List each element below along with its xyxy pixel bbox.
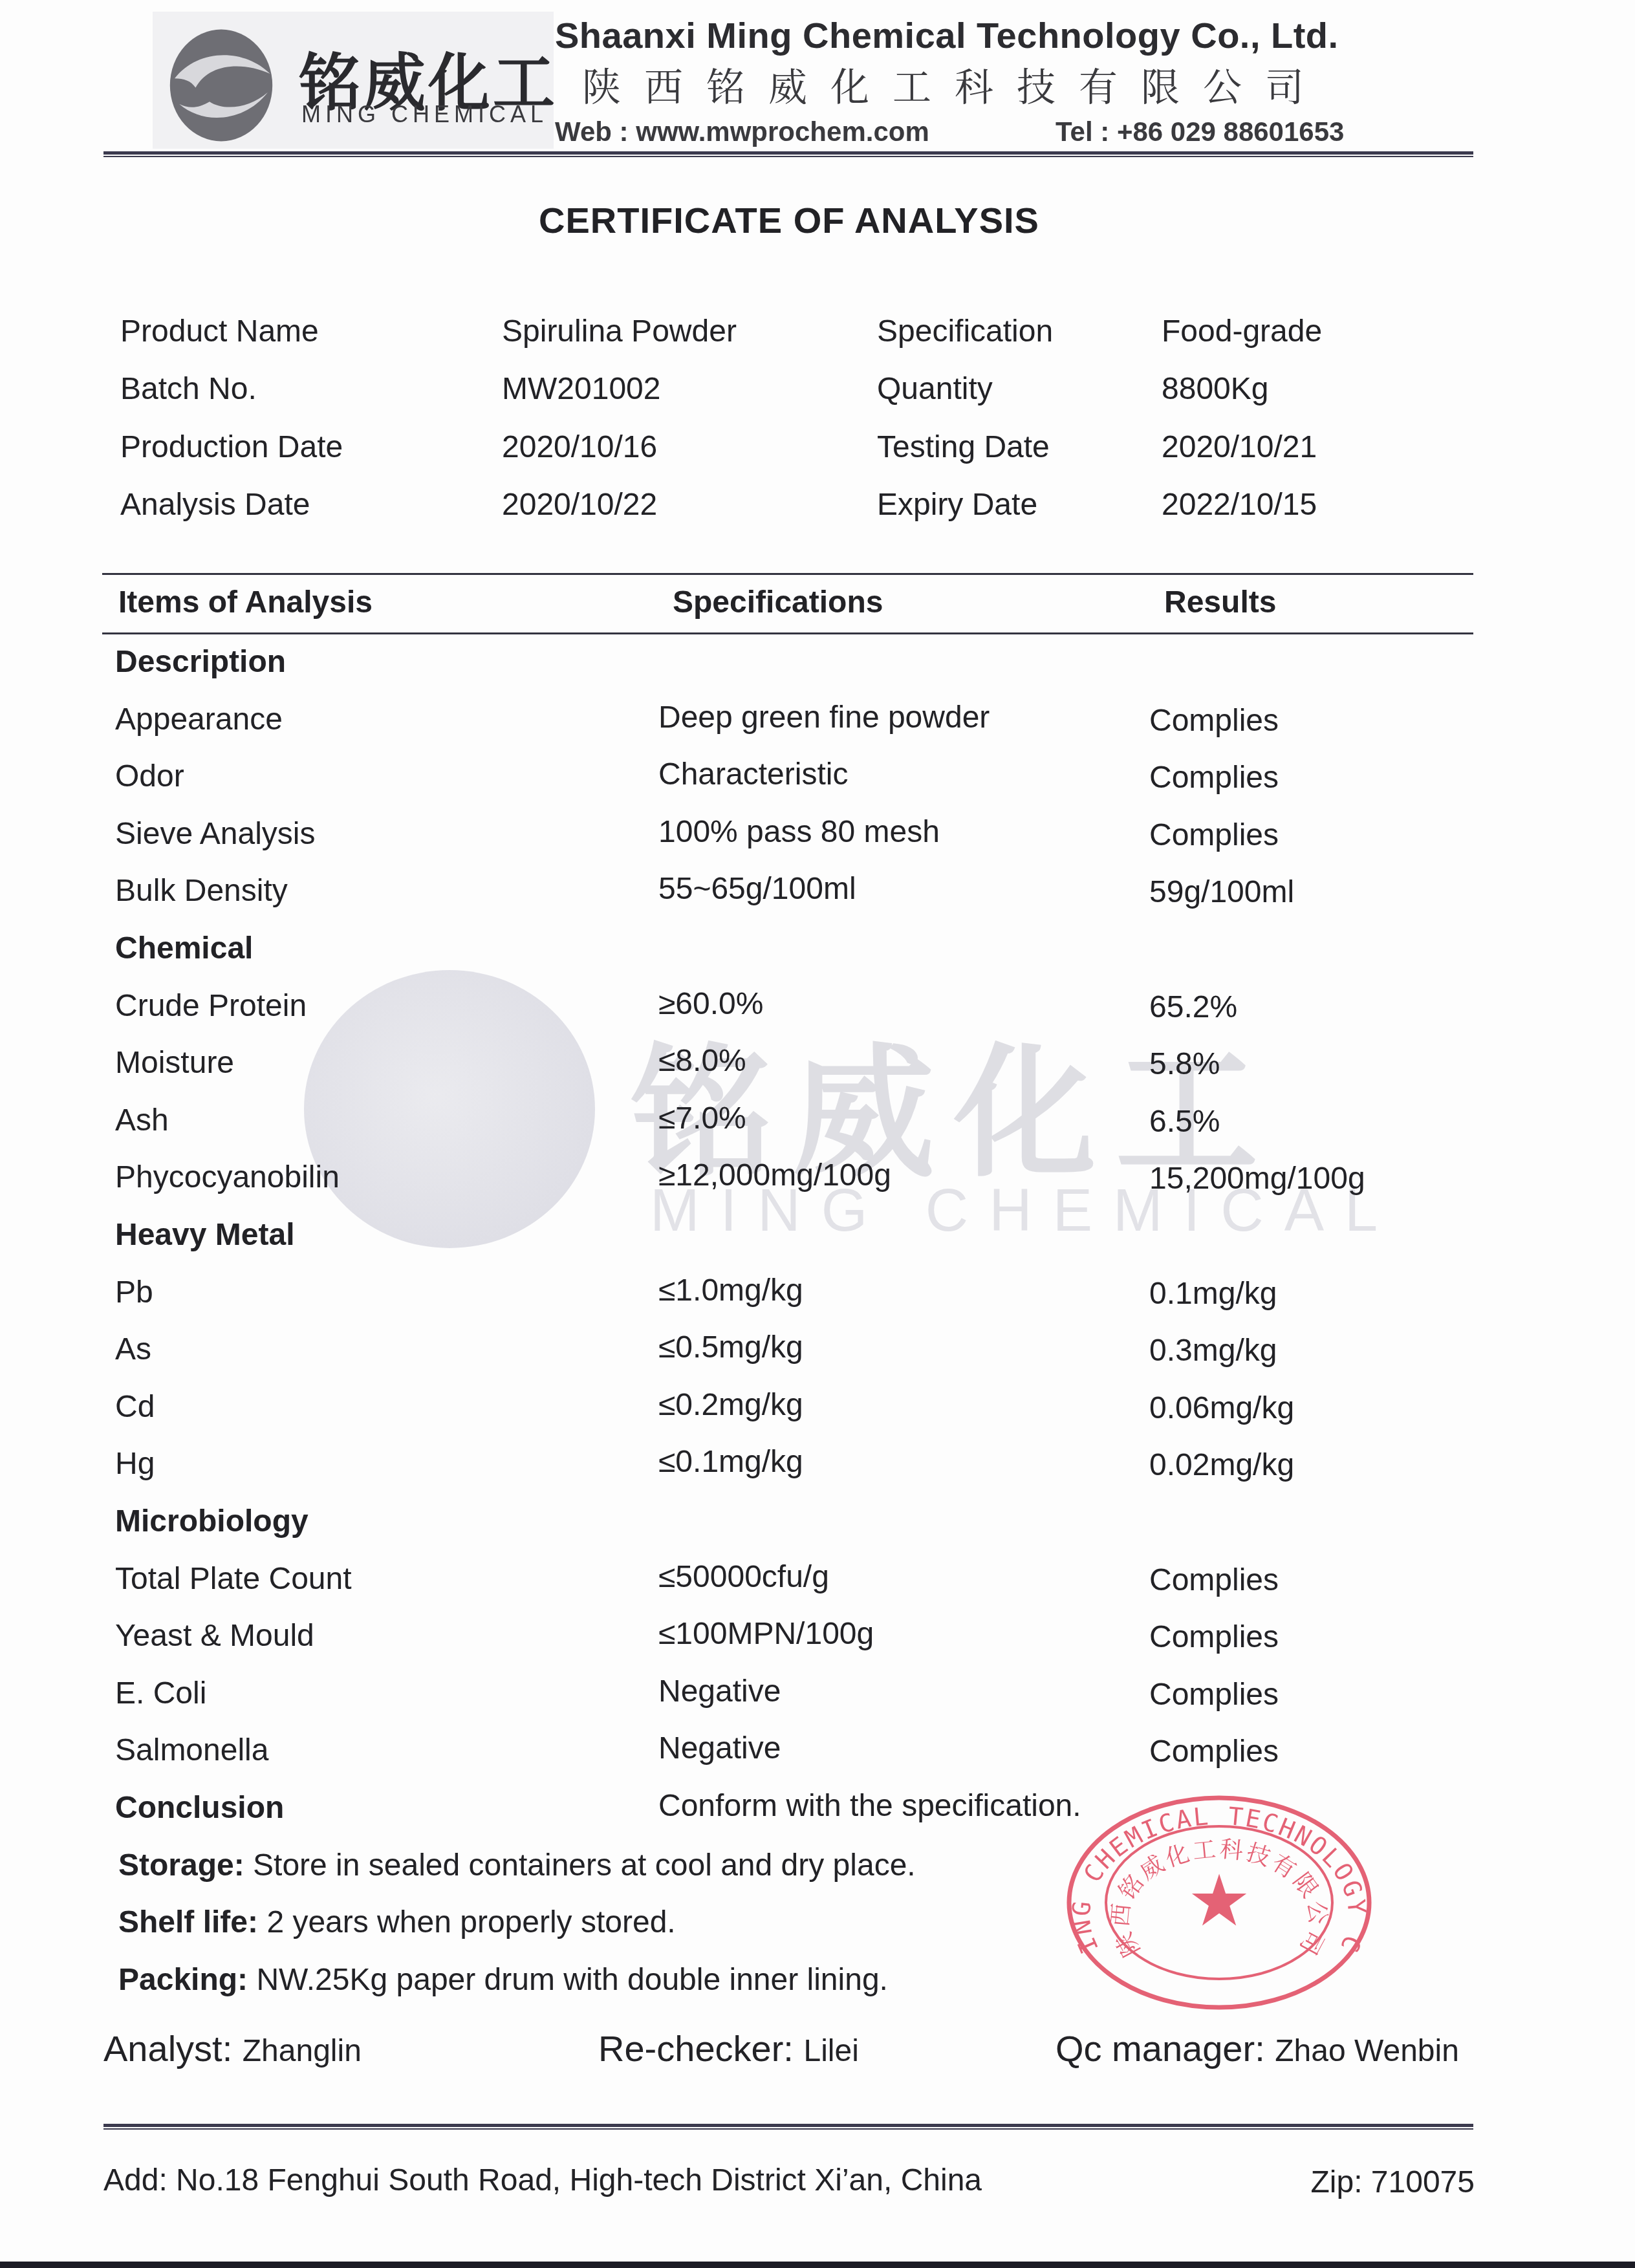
section-heading: Chemical (115, 931, 253, 966)
note-line: Packing: NW.25Kg paper drum with double … (118, 1962, 888, 1998)
table-row-spec: ≤100MPN/100g (658, 1616, 874, 1652)
table-row-spec: 100% pass 80 mesh (658, 814, 940, 850)
info-value: 8800Kg (1162, 371, 1269, 407)
header-divider (103, 151, 1473, 157)
note-label: Storage: (118, 1848, 244, 1883)
star-icon: ★ (1187, 1861, 1251, 1941)
signature-qc-manager: Qc manager: Zhao Wenbin (1056, 2027, 1459, 2069)
note-label: Shelf life: (118, 1905, 258, 1939)
table-row-item: Moisture (115, 1045, 234, 1081)
zip-code: Zip: 710075 (1310, 2165, 1475, 2200)
signature-name: Zhao Wenbin (1275, 2034, 1459, 2068)
signature-role: Analyst: (103, 2028, 232, 2069)
info-value: Spirulina Powder (502, 314, 737, 349)
table-row-result: 0.3mg/kg (1149, 1333, 1277, 1368)
column-header-specifications: Specifications (673, 585, 883, 620)
table-row-spec: ≤7.0% (658, 1101, 746, 1136)
table-row-item: Salmonella (115, 1733, 268, 1768)
table-row-result: 59g/100ml (1149, 874, 1294, 910)
table-row-spec: Deep green fine powder (658, 700, 990, 735)
info-label: Specification (877, 314, 1053, 349)
table-row-item: Hg (115, 1446, 155, 1482)
table-row-item: As (115, 1332, 151, 1367)
company-address: Add: No.18 Fenghui South Road, High-tech… (103, 2163, 982, 2198)
note-label: Packing: (118, 1963, 248, 1997)
column-header-items: Items of Analysis (118, 585, 373, 620)
table-row-item: Yeast & Mould (115, 1618, 314, 1654)
table-row-item: Pb (115, 1275, 153, 1310)
table-row-item: E. Coli (115, 1676, 206, 1711)
info-label: Batch No. (120, 371, 257, 407)
signature-role: Re-checker: (598, 2028, 794, 2069)
table-row-spec: ≤0.5mg/kg (658, 1330, 803, 1365)
info-value: Food-grade (1162, 314, 1322, 349)
table-row-item: Appearance (115, 702, 283, 737)
footer-divider (103, 2124, 1473, 2130)
table-row-spec: 55~65g/100ml (658, 871, 856, 907)
company-seal-stamp: SHANXI MING CHEMICAL TECHNOLOGY CO., LTD… (1064, 1793, 1374, 2013)
table-row-spec: ≤8.0% (658, 1043, 746, 1079)
table-row-spec: ≥60.0% (658, 986, 763, 1022)
info-value: 2020/10/22 (502, 487, 657, 523)
table-row-item: Total Plate Count (115, 1561, 352, 1597)
table-row-item: Phycocyanobilin (115, 1160, 340, 1195)
section-heading: Description (115, 644, 286, 680)
company-phone: Tel : +86 029 88601653 (1056, 116, 1344, 147)
table-row-result: Complies (1149, 760, 1279, 795)
table-row-item: Sieve Analysis (115, 816, 316, 852)
table-row-item: Ash (115, 1103, 169, 1138)
table-row-result: 6.5% (1149, 1104, 1220, 1139)
table-row-spec: ≤0.2mg/kg (658, 1387, 803, 1423)
note-text: NW.25Kg paper drum with double inner lin… (256, 1963, 888, 1997)
table-row-result: 65.2% (1149, 989, 1237, 1025)
table-top-rule (102, 573, 1473, 575)
table-row-result: 0.06mg/kg (1149, 1390, 1294, 1426)
table-row-result: Complies (1149, 1619, 1279, 1655)
table-row-item: Cd (115, 1389, 155, 1425)
info-label: Analysis Date (120, 487, 310, 523)
section-heading: Microbiology (115, 1504, 309, 1539)
note-line: Storage: Store in sealed containers at c… (118, 1848, 916, 1883)
note-text: 2 years when properly stored. (266, 1905, 675, 1939)
info-value: MW201002 (502, 371, 660, 407)
table-row-spec: ≥12,000mg/100g (658, 1158, 891, 1193)
scan-edge (0, 2262, 1635, 2268)
table-row-spec: ≤0.1mg/kg (658, 1444, 803, 1480)
table-row-result: Complies (1149, 1562, 1279, 1598)
section-heading: Conclusion (115, 1790, 284, 1826)
table-row-item: Crude Protein (115, 988, 307, 1024)
table-row-spec: Negative (658, 1674, 781, 1709)
info-value: 2022/10/15 (1162, 487, 1317, 523)
conclusion-text: Conform with the specification. (658, 1788, 1081, 1824)
signature-name: Lilei (803, 2034, 858, 2068)
table-row-result: 15,200mg/100g (1149, 1161, 1365, 1196)
note-text: Store in sealed containers at cool and d… (253, 1848, 916, 1883)
signature-name: Zhanglin (243, 2034, 362, 2068)
column-header-results: Results (1164, 585, 1276, 620)
table-row-result: 5.8% (1149, 1046, 1220, 1082)
table-row-spec: ≤50000cfu/g (658, 1559, 829, 1595)
table-row-item: Bulk Density (115, 873, 288, 909)
info-label: Quantity (877, 371, 993, 407)
watermark-logo-icon (304, 970, 595, 1248)
company-website: Web : www.mwprochem.com (555, 116, 929, 147)
table-row-result: Complies (1149, 1677, 1279, 1712)
signature-re-checker: Re-checker: Lilei (598, 2027, 859, 2069)
signature-role: Qc manager: (1056, 2028, 1265, 2069)
table-row-result: Complies (1149, 703, 1279, 739)
company-name: Shaanxi Ming Chemical Technology Co., Lt… (555, 14, 1339, 56)
table-row-spec: Characteristic (658, 757, 848, 792)
info-value: 2020/10/16 (502, 429, 657, 465)
table-row-spec: Negative (658, 1731, 781, 1766)
company-name-chinese: 陕西铭威化工科技有限公司 (582, 57, 1327, 113)
note-line: Shelf life: 2 years when properly stored… (118, 1905, 676, 1940)
info-label: Testing Date (877, 429, 1050, 465)
info-value: 2020/10/21 (1162, 429, 1317, 465)
info-label: Expiry Date (877, 487, 1037, 523)
signature-analyst: Analyst: Zhanglin (103, 2027, 362, 2069)
section-heading: Heavy Metal (115, 1217, 294, 1253)
info-label: Product Name (120, 314, 319, 349)
document-title: CERTIFICATE OF ANALYSIS (0, 199, 1578, 241)
logo-english-name: MING CHEMICAL (301, 101, 548, 128)
table-header-rule (102, 632, 1473, 634)
table-row-item: Odor (115, 759, 184, 794)
table-row-result: 0.02mg/kg (1149, 1447, 1294, 1483)
table-row-result: Complies (1149, 817, 1279, 853)
table-row-spec: ≤1.0mg/kg (658, 1273, 803, 1308)
table-row-result: 0.1mg/kg (1149, 1276, 1277, 1312)
table-row-result: Complies (1149, 1734, 1279, 1769)
company-logo-icon (163, 27, 279, 144)
info-label: Production Date (120, 429, 343, 465)
